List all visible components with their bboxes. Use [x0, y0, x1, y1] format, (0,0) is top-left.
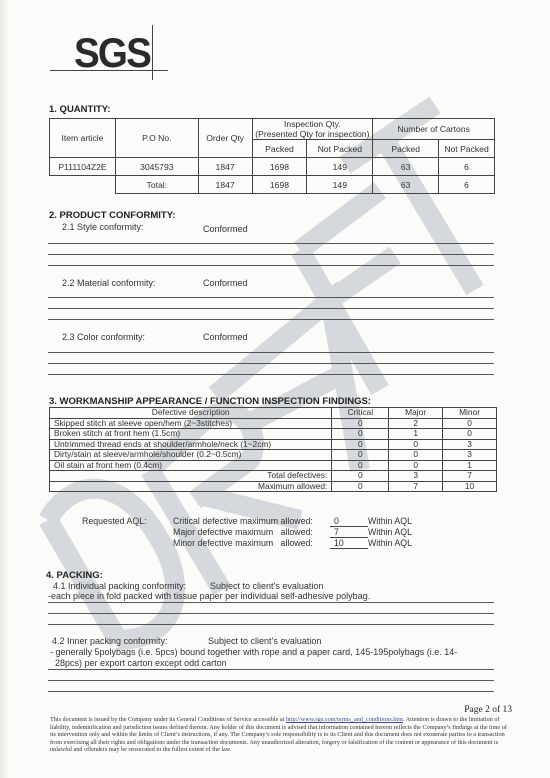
total-critical: 0 [332, 471, 389, 482]
header-defective-description: Defective description [50, 408, 332, 419]
individual-packing-label: 4.1 Individual packing conformity: [53, 581, 186, 591]
cell-description: Skipped stitch at sleeve open/hem (2~3st… [50, 418, 332, 429]
cell-minor: 0 [443, 418, 497, 429]
rule-line [48, 613, 494, 614]
cell-description: Untrimmed thread ends at shoulder/armhol… [50, 439, 332, 450]
rule-line [48, 352, 494, 353]
table-row: Broken stitch at front hem (1.5cm)010 [50, 429, 497, 440]
rule-line [48, 254, 494, 255]
logo-crosshair-horizontal [50, 70, 168, 71]
terms-link[interactable]: http://www.sgs.com/terms_and_conditions.… [286, 716, 403, 723]
rule-line [48, 691, 494, 692]
rule-line [48, 669, 494, 670]
header-order-qty: Order Qty [198, 119, 252, 158]
total-row: Total: 1847 1698 149 63 6 [50, 176, 495, 194]
report-content: SGS 1. QUANTITY: Item article P.O No. Or… [0, 0, 550, 778]
cell-item-article: P111104Z2E [50, 158, 116, 176]
header-inspection-qty: Inspection Qty. (Presented Qty for inspe… [252, 119, 373, 140]
header-number-of-cartons: Number of Cartons [373, 119, 495, 140]
total-cartons-packed: 63 [373, 176, 439, 194]
table-row: Untrimmed thread ends at shoulder/armhol… [50, 439, 497, 450]
aql-row-major: Major defective maximum allowed: [173, 527, 313, 537]
cell-cartons-not-packed: 6 [439, 158, 495, 176]
rule-line [48, 602, 494, 603]
legal-disclaimer: This document is issued by the Company u… [50, 716, 510, 754]
cell-critical: 0 [332, 429, 389, 440]
aql-critical-status: Within AQL [368, 516, 412, 526]
total-order-qty: 1847 [198, 176, 252, 194]
rule-line [48, 374, 494, 375]
cell-description: Oil stain at front hem (0.4cm) [50, 460, 332, 471]
page-number: Page 2 of 13 [464, 705, 512, 715]
aql-minor-value: 10 [330, 538, 368, 549]
cell-order-qty: 1847 [198, 158, 252, 176]
logo-crosshair-vertical [152, 25, 153, 80]
total-insp-not-packed: 149 [307, 176, 373, 194]
max-major: 7 [389, 481, 443, 492]
table-row: Dirty/stain at sleeve/armhole/shoulder (… [50, 450, 497, 461]
rule-line [48, 363, 494, 364]
max-critical: 0 [332, 481, 389, 492]
cell-description: Broken stitch at front hem (1.5cm) [50, 429, 332, 440]
inner-packing-note-line2: 28pcs) per export carton except odd cart… [55, 658, 227, 668]
aql-critical-text: Critical defective maximum allowed: [173, 516, 313, 526]
disclaimer-text-start: This document is issued by the Company u… [50, 716, 286, 723]
cell-major: 0 [389, 460, 443, 471]
header-insp-not-packed: Not Packed [307, 140, 373, 158]
header-item-article: Item article [50, 119, 116, 158]
cell-major: 1 [389, 429, 443, 440]
total-cartons-not-packed: 6 [439, 176, 495, 194]
cell-cartons-packed: 63 [373, 158, 439, 176]
rule-line [48, 297, 494, 298]
aql-row-minor: Minor defective maximum allowed: [173, 538, 313, 548]
header-major: Major [389, 408, 443, 419]
aql-minor-text: Minor defective maximum allowed: [173, 538, 313, 548]
inner-packing-note-line1: - generally 5polybags (i.e. 5pcs) bound … [50, 647, 457, 657]
material-conformity-label: 2.2 Material conformity: [62, 278, 156, 288]
individual-packing-note: -each piece in fold packed with tissue p… [48, 591, 370, 601]
header-cartons-not-packed: Not Packed [439, 140, 495, 158]
cell-insp-packed: 1698 [252, 158, 307, 176]
cell-major: 2 [389, 418, 443, 429]
empty-cell [50, 176, 116, 194]
header-po-no: P.O No. [115, 119, 198, 158]
header-minor: Minor [443, 408, 497, 419]
document-page: SGS 1. QUANTITY: Item article P.O No. Or… [0, 0, 550, 778]
cell-major: 0 [389, 450, 443, 461]
header-inspection-qty-line2: (Presented Qty for inspection) [253, 129, 373, 139]
inner-packing-label: 4.2 Inner packing conformity: [52, 636, 168, 646]
sgs-logo: SGS [74, 32, 150, 74]
rule-line [48, 624, 494, 625]
aql-block: Critical defective maximum allowed: 0 Wi… [0, 516, 550, 556]
rule-line [48, 265, 494, 266]
total-defectives-row: Total defectives: 0 3 7 [50, 471, 497, 482]
cell-critical: 0 [332, 439, 389, 450]
inner-packing-value: Subject to client’s evaluation [208, 636, 321, 646]
packing-section-title: 4. PACKING: [46, 570, 103, 581]
header-inspection-qty-line1: Inspection Qty. [253, 119, 373, 129]
rule-line [48, 680, 494, 681]
aql-major-status: Within AQL [368, 527, 412, 537]
total-minor: 7 [443, 471, 497, 482]
maximum-allowed-row: Maximum allowed: 0 7 10 [50, 481, 497, 492]
style-conformity-label: 2.1 Style conformity: [62, 222, 144, 232]
aql-major-text: Major defective maximum allowed: [173, 527, 313, 537]
conformity-section-title: 2. PRODUCT CONFORMITY: [49, 210, 176, 221]
quantity-table: Item article P.O No. Order Qty Inspectio… [49, 118, 495, 194]
aql-major-value: 7 [330, 527, 368, 538]
cell-po-no: 3045793 [115, 158, 198, 176]
rule-line [48, 319, 494, 320]
cell-minor: 0 [443, 429, 497, 440]
table-row: P111104Z2E 3045793 1847 1698 149 63 6 [50, 158, 495, 176]
color-conformity-value: Conformed [203, 332, 248, 342]
workmanship-table: Defective description Critical Major Min… [49, 407, 497, 492]
total-defectives-label: Total defectives: [50, 471, 332, 482]
color-conformity-label: 2.3 Color conformity: [62, 332, 145, 342]
cell-critical: 0 [332, 418, 389, 429]
workmanship-section-title: 3. WORKMANSHIP APPEARANCE / FUNCTION INS… [49, 396, 371, 407]
total-label: Total: [115, 176, 198, 194]
style-conformity-value: Conformed [203, 224, 248, 234]
rule-line [48, 308, 494, 309]
individual-packing-value: Subject to client’s evaluation [210, 581, 323, 591]
cell-minor: 1 [443, 460, 497, 471]
cell-minor: 3 [443, 450, 497, 461]
material-conformity-value: Conformed [203, 278, 248, 288]
maximum-allowed-label: Maximum allowed: [50, 481, 332, 492]
aql-critical-value: 0 [330, 516, 368, 527]
aql-minor-status: Within AQL [368, 538, 412, 548]
cell-critical: 0 [332, 450, 389, 461]
cell-insp-not-packed: 149 [307, 158, 373, 176]
header-insp-packed: Packed [252, 140, 307, 158]
total-major: 3 [389, 471, 443, 482]
total-insp-packed: 1698 [252, 176, 307, 194]
cell-minor: 3 [443, 439, 497, 450]
rule-line [48, 243, 494, 244]
table-row: Oil stain at front hem (0.4cm)001 [50, 460, 497, 471]
cell-major: 0 [389, 439, 443, 450]
max-minor: 10 [443, 481, 497, 492]
header-cartons-packed: Packed [373, 140, 439, 158]
aql-row-critical: Critical defective maximum allowed: [173, 516, 313, 526]
quantity-section-title: 1. QUANTITY: [49, 104, 111, 115]
cell-critical: 0 [332, 460, 389, 471]
cell-description: Dirty/stain at sleeve/armhole/shoulder (… [50, 450, 332, 461]
header-critical: Critical [332, 408, 389, 419]
table-row: Skipped stitch at sleeve open/hem (2~3st… [50, 418, 497, 429]
